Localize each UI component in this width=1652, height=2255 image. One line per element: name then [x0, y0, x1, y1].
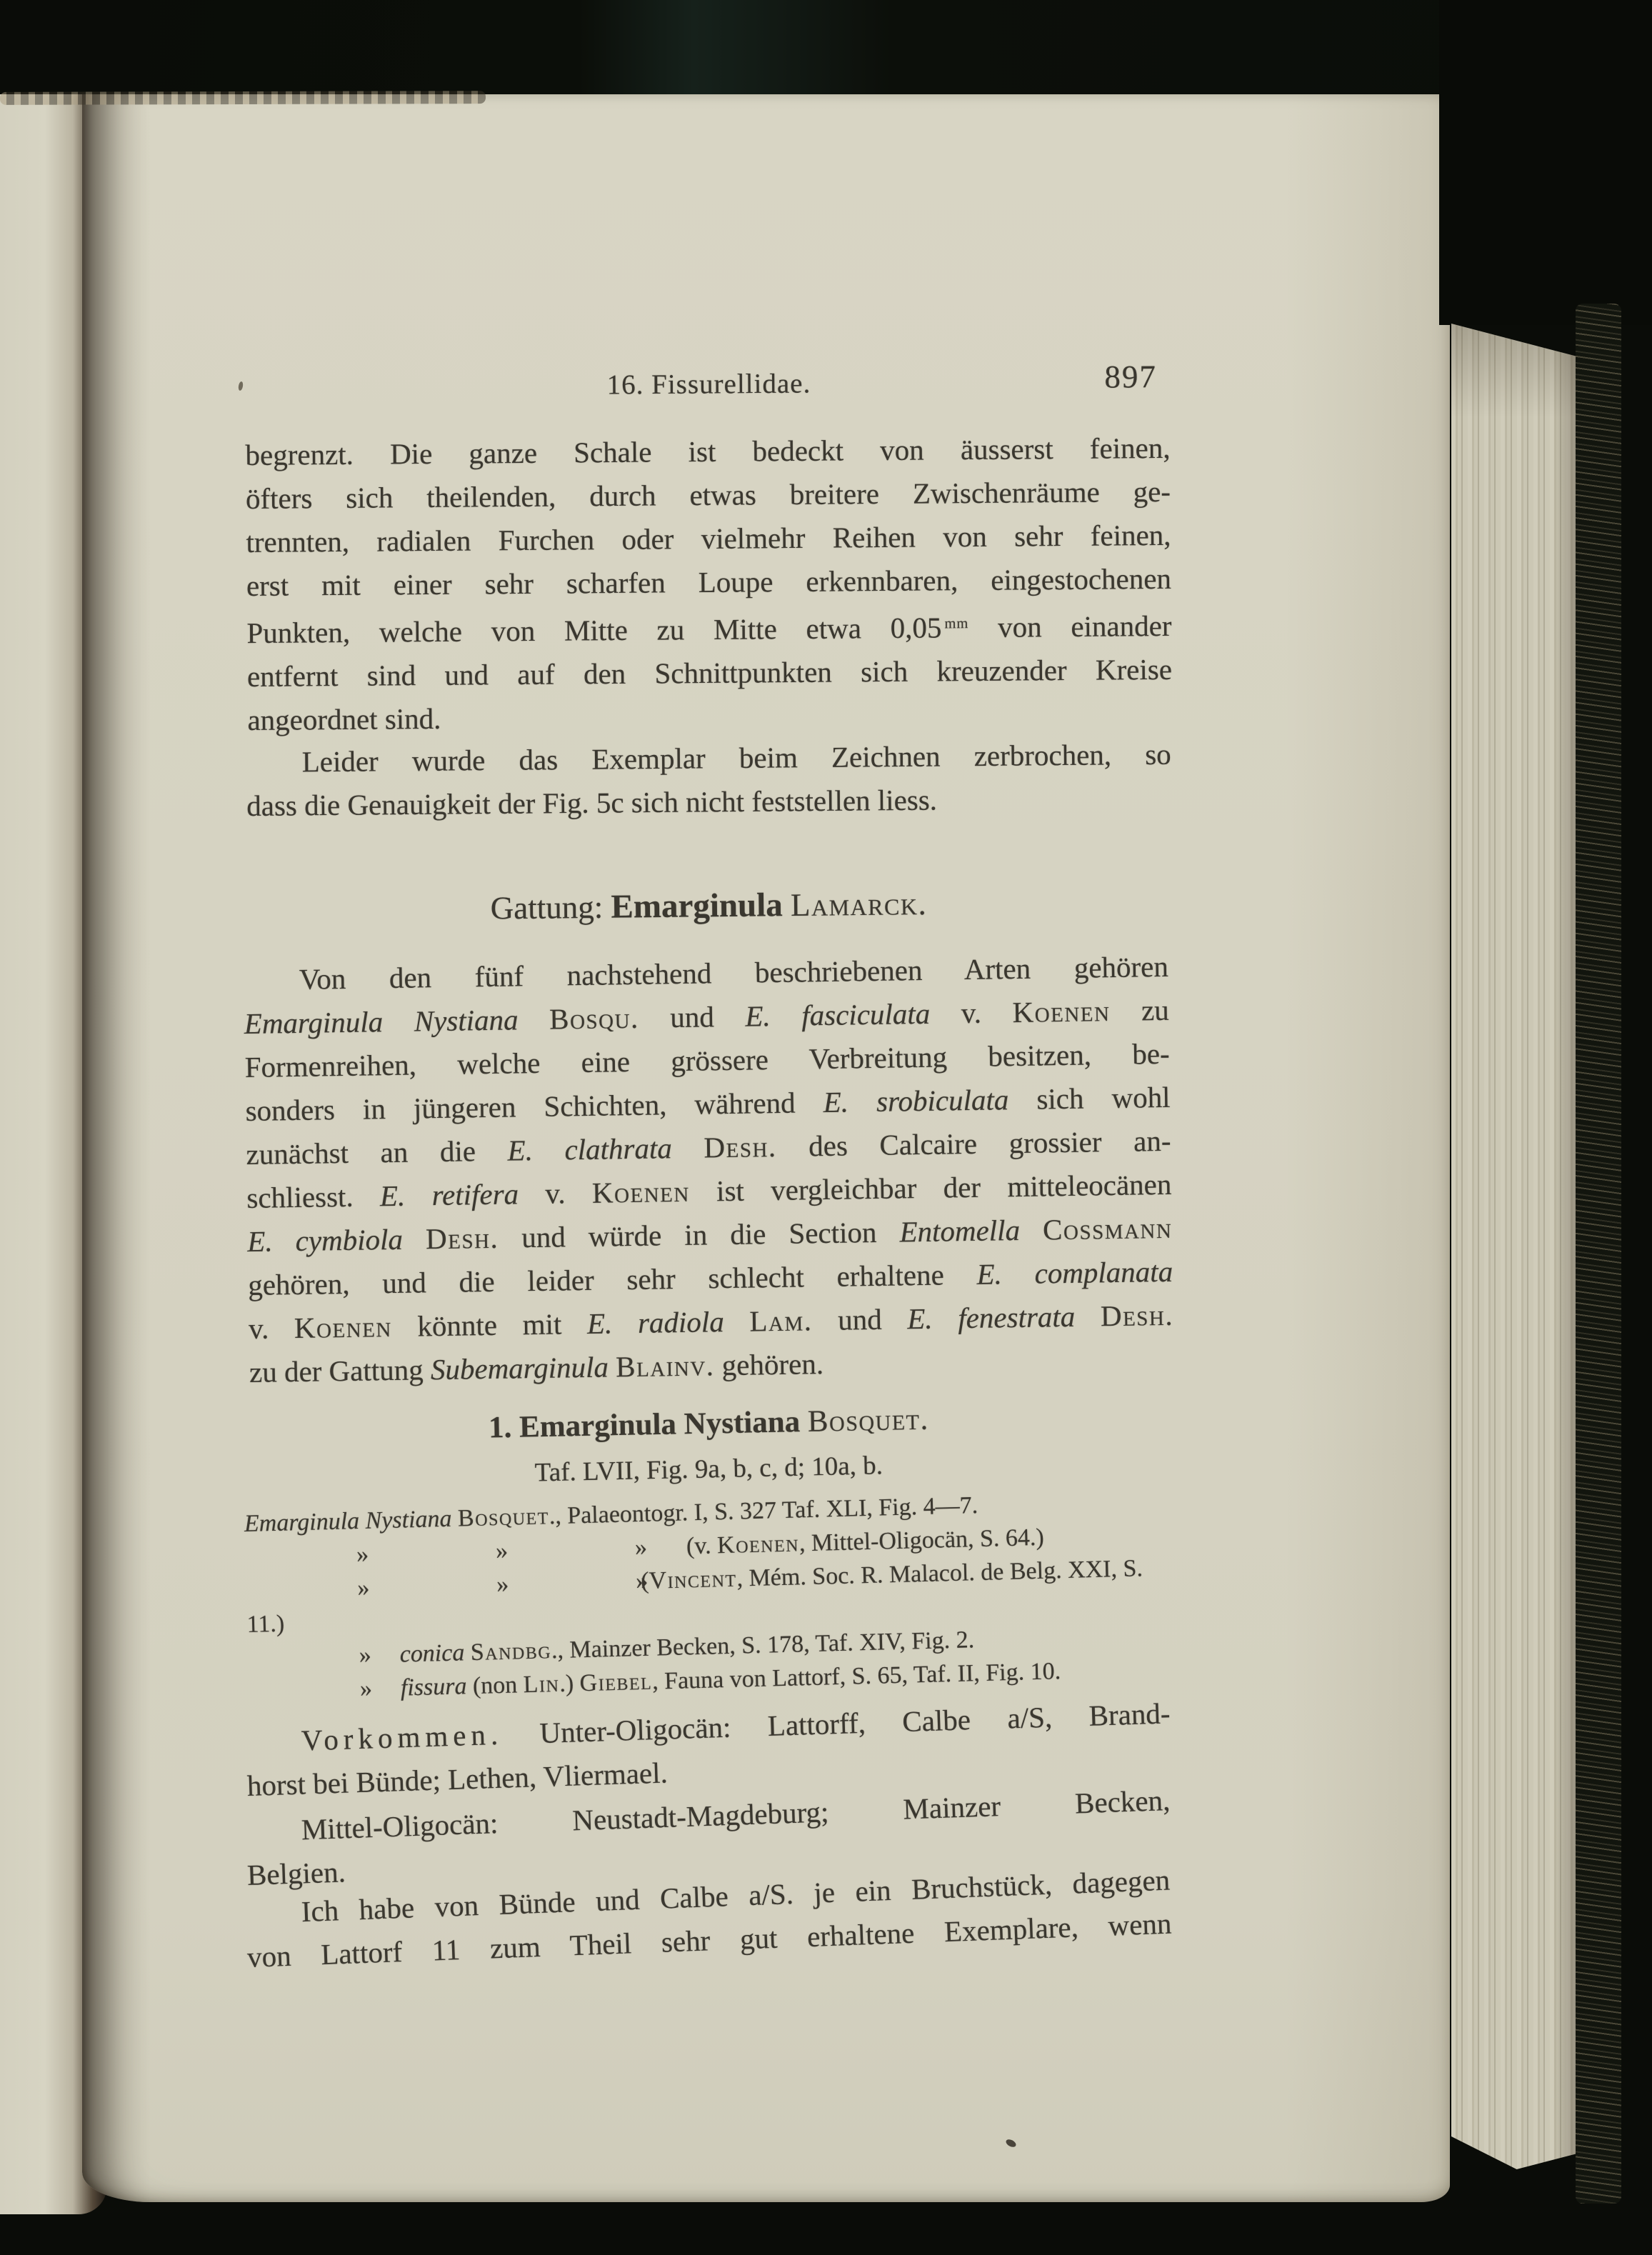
text-segment-sc: Sandbg [470, 1637, 551, 1666]
text-line: begrenzt. Die ganze Schale ist bedeckt v… [245, 426, 1170, 477]
text-line: 1. Emarginula Nystiana Bosquet. [246, 1396, 1172, 1451]
text-segment-i: E. complanata [976, 1255, 1173, 1291]
text-segment-sc: Blainv. [616, 1349, 715, 1383]
text-segment-sup: mm [944, 616, 968, 631]
text-segment-i: E. fenestrata [907, 1300, 1076, 1335]
text-line: Leider wurde das Exemplar beim Zeichnen … [246, 733, 1171, 784]
text-segment-colA: » [440, 1532, 580, 1569]
text-segment-sc: Desh. [704, 1130, 777, 1164]
text-segment-colC: » [303, 1638, 400, 1674]
text-line: öfters sich theilenden, durch etwas brei… [246, 470, 1171, 521]
text-segment-i: E. fasciculata [745, 997, 930, 1033]
text-segment-colC: » [304, 1671, 401, 1707]
text-segment-i: fissura [400, 1673, 473, 1701]
text-segment-i: Entomella [899, 1214, 1020, 1248]
text-segment-sc: Koenen [294, 1310, 393, 1344]
text-segment-i: E. srobiculata [823, 1083, 1008, 1119]
text-segment-colA: » [441, 1566, 581, 1603]
text-line: Gattung: Emarginula Lamarck. [246, 881, 1172, 931]
synonymy-list: Emarginula Nystiana Bosquet., Palaeontog… [244, 1484, 1173, 1709]
text-line: trennten, radialen Furchen oder vielmehr… [246, 514, 1171, 564]
background-top-right [1439, 0, 1652, 325]
text-segment-b: Emarginula [611, 886, 783, 926]
paragraph-genus-discussion: Von den fünf nachstehend beschriebenen A… [243, 945, 1174, 1394]
text-segment-sc: Desh. [426, 1221, 499, 1256]
text-segment-sc: Lamarck. [791, 886, 928, 923]
text-segment-colB: » [579, 1530, 686, 1566]
text-segment-sc: Bosquet. [807, 1403, 929, 1439]
page-fore-edge [1451, 318, 1577, 2169]
text-line: Punkten, welche von Mitte zu Mitte etwa … [246, 601, 1171, 655]
text-segment-sc: Koenen [717, 1531, 800, 1559]
binding-stitching [0, 91, 486, 105]
text-segment-sc: Desh. [1101, 1299, 1174, 1333]
species-heading: 1. Emarginula Nystiana Bosquet. [246, 1396, 1172, 1451]
text-segment-sc: Lam. [749, 1304, 813, 1337]
book-cover-right [1576, 304, 1621, 2204]
text-segment-g: Vorkommen. [301, 1718, 504, 1757]
text-column: 16. Fissurellidae. 897 begrenzt. Die gan… [246, 89, 1171, 1979]
text-segment-sc: Vincent [649, 1566, 737, 1594]
text-segment-sc: Bosquet [458, 1503, 550, 1531]
text-segment-colB2: » [580, 1564, 641, 1599]
text-segment-i: E. clathrata [507, 1131, 672, 1166]
text-line: dass die Genauigkeit der Fig. 5c sich ni… [246, 776, 1171, 828]
paragraph-leider: Leider wurde das Exemplar beim Zeichnen … [246, 733, 1171, 828]
text-segment-colA: » [301, 1536, 441, 1573]
text-line: erst mit einer sehr scharfen Loupe erken… [246, 557, 1171, 608]
text-segment-i: E. radiola [587, 1305, 724, 1340]
text-segment-sc: Cossmann [1043, 1211, 1173, 1246]
text-segment-sc: Giebel [579, 1669, 652, 1697]
header-section-title: 16. Fissurellidae. [246, 365, 1171, 404]
book-cover-top [0, 0, 1652, 94]
genus-heading: Gattung: Emarginula Lamarck. [246, 881, 1172, 931]
text-segment-sc: Bosqu. [549, 1001, 639, 1036]
text-segment-i: Emarginula Nystiana [244, 1003, 549, 1040]
book-photo: 16. Fissurellidae. 897 begrenzt. Die gan… [0, 0, 1652, 2255]
header-page-number: 897 [1104, 358, 1157, 396]
text-segment-i: Subemarginula [431, 1351, 609, 1386]
text-segment-i: E. retifera [380, 1177, 519, 1212]
running-header: 16. Fissurellidae. 897 [246, 365, 1171, 406]
text-segment-i: E. cymbiola [247, 1223, 403, 1258]
text-segment-colA: » [301, 1569, 441, 1606]
text-segment-i: Emarginula Nystiana [244, 1506, 459, 1538]
text-segment-sc: Lin [523, 1671, 560, 1698]
text-segment-i: conica [399, 1639, 471, 1667]
text-segment-sc: Koenen [592, 1175, 691, 1209]
paragraph-begrenzt: begrenzt. Die ganze Schale ist bedeckt v… [245, 426, 1172, 742]
text-segment-b: 1. Emarginula Nystiana [489, 1405, 809, 1445]
text-segment-sc: Koenen [1012, 994, 1111, 1029]
text-line: entfernt sind und auf den Schnittpunkten… [247, 648, 1172, 699]
page: 16. Fissurellidae. 897 begrenzt. Die gan… [82, 89, 1450, 2202]
